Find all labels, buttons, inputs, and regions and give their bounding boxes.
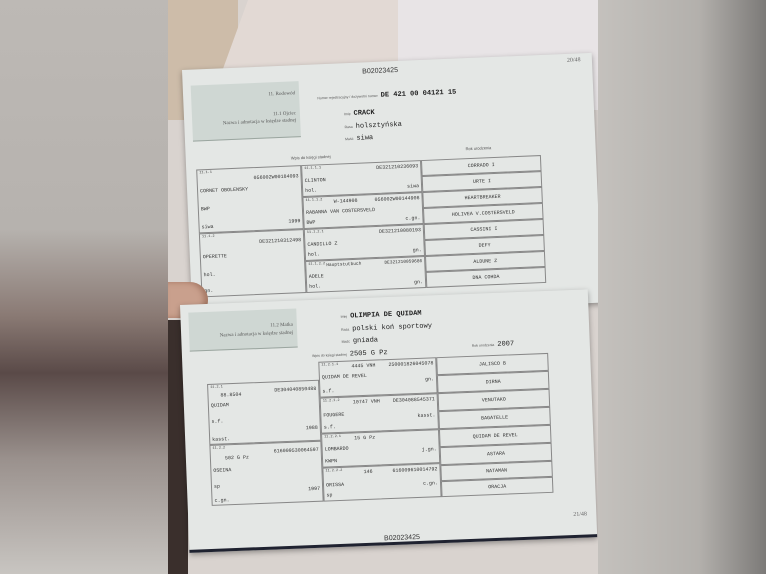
passport-page-sire: 11. Rodowód 11.1 Ojciec Nazwa i adnotacj… <box>182 53 598 320</box>
breed-field: Rasaholsztyńska <box>344 121 402 131</box>
pedigree-table: 11.2.1 88.8504 DE304040850488 QUIDAM s.f… <box>206 353 556 506</box>
grandparent-cell: 11.2.2.2 146 616009610014792 ORISSA c.gn… <box>322 463 441 502</box>
name-field: ImięCRACK <box>344 109 375 118</box>
grandparent-cell: 11.1.1.2 W-144908 056002W00144908 RABANN… <box>302 192 423 229</box>
section-title: 11. Rodowód <box>268 91 295 97</box>
grandparent-cell: 11.1.2.1 DE321210080193 CANDILLO Z hol. … <box>304 224 425 261</box>
parent-cell: 11.1.1 056002W00184093 CORNET OBOLENSKY … <box>196 165 304 233</box>
parent-cell: 11.2.2 502 G Pz 616009530064597 OSEINA s… <box>209 441 323 506</box>
subsection-title: 11.2 Matka <box>270 323 293 329</box>
name-field: ImięOLIMPIA DE QUIDAM <box>340 310 421 321</box>
document-serial: B02023425 <box>362 67 398 75</box>
registration-field: Numer rejestracyjny / dożywotni numerDE … <box>317 89 456 103</box>
breed-value: polski koń sportowy <box>352 322 432 333</box>
birth-year-field: Rok urodzenia2007 <box>472 340 515 350</box>
horse-name: OLIMPIA DE QUIDAM <box>350 310 422 321</box>
page-number: 20/48 <box>567 57 581 64</box>
registration-number: DE 421 00 04121 15 <box>381 89 457 100</box>
birth-year-value: 2007 <box>497 340 514 349</box>
parent-cell: 11.2.1 88.8504 DE304040850488 QUIDAM s.f… <box>207 380 321 445</box>
subsection-subtitle: Nazwa i adnotacja w księdze stadnej <box>223 118 297 126</box>
subsection-subtitle: Nazwa i adnotacja w księdze stadnej <box>220 331 294 339</box>
photo-scene: 11. Rodowód 11.1 Ojciec Nazwa i adnotacj… <box>168 0 598 574</box>
studbook-value: 2505 G Pz <box>350 349 388 358</box>
grandparent-cell: 11.2.1.2 10747 VNH DE304088545371 FOUGER… <box>320 393 439 434</box>
grandparent-cell: 11.1.1.1 DE321210236093 CLINTON hol. siw… <box>301 160 422 197</box>
document-serial-bottom: B02023425 <box>384 534 420 542</box>
grandparent-cell: 11.2.2.1 15 G Pz LOMBARDO j.gn. KWPN <box>321 429 440 468</box>
horse-name: CRACK <box>353 109 374 118</box>
studbook-label: Wpis do księgi stadnej <box>291 154 331 161</box>
passport-page-dam: 11.2 Matka Nazwa i adnotacja w księdze s… <box>180 289 597 552</box>
breed-field: Rasapolski koń sportowy <box>341 322 432 333</box>
grandparent-cell: 11.2.1.1 4445 VNH 250001826045078 QUIDAM… <box>318 357 437 398</box>
color-field: Maśćsiwa <box>345 134 373 143</box>
page-number-bottom: 21/48 <box>573 512 587 519</box>
color-field: Maśćgniada <box>341 336 378 345</box>
section-header-box: 11.2 Matka Nazwa i adnotacja w księdze s… <box>188 309 297 352</box>
blurred-background-left <box>0 0 168 574</box>
pedigree-table: 11.1.1 056002W00184093 CORNET OBOLENSKY … <box>196 155 546 297</box>
blurred-background-right <box>598 0 766 574</box>
birth-year-label: Rok urodzenia <box>465 145 491 151</box>
parent-cell: 11.1.2 DE321210312498 OPERETTE hol. gn. <box>199 229 307 297</box>
color-value: gniada <box>353 336 379 345</box>
breed-value: holsztyńska <box>356 121 403 131</box>
grandparent-cell: 11.1.2.2 Hauptstutbuch DE321210059686 AD… <box>305 256 426 293</box>
color-value: siwa <box>356 134 373 143</box>
subsection-title: 11.1 Ojciec <box>273 111 296 117</box>
studbook-field: Wpis do księgi stadnej2505 G Pz <box>312 349 388 360</box>
section-header-box: 11. Rodowód 11.1 Ojciec Nazwa i adnotacj… <box>191 81 301 141</box>
great-grandparent-cell: ORACJA <box>441 477 554 497</box>
